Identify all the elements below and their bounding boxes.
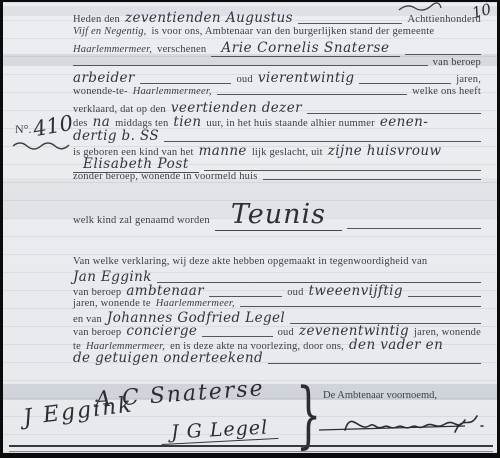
printed-text: verschenen	[157, 44, 206, 55]
handwritten-text: tweeenvijftig	[309, 283, 403, 299]
handwritten-text: Augustus	[226, 10, 293, 26]
document-line: Heden denzeventiendenAugustusAchttienhon…	[73, 10, 481, 26]
fill-rule	[209, 295, 282, 297]
printed-text: Haarlemmermeer,	[133, 86, 212, 97]
document-line: de getuigen onderteekend	[73, 350, 481, 366]
fill-rule	[408, 295, 481, 297]
document-line: arbeideroudvierentwintigjaren,	[73, 70, 481, 86]
fill-rule	[164, 140, 481, 142]
printed-text: van beroep	[433, 57, 481, 68]
printed-text: welke ons heeft	[412, 86, 481, 97]
fill-rule	[73, 64, 428, 66]
printed-text: oud	[287, 287, 303, 298]
printed-text: Van welke verklaring, wij deze akte hebb…	[73, 256, 427, 267]
fill-rule	[347, 227, 481, 229]
printed-text: Heden den	[73, 14, 120, 25]
handwritten-text: arbeider	[73, 70, 135, 86]
printed-text: jaren,	[456, 74, 481, 85]
flourish-icon	[11, 138, 73, 150]
document-line: welk kind zal genaamd wordenTeunis	[73, 199, 481, 231]
printed-text: jaren, wonende te	[73, 298, 151, 309]
squiggle-icon	[397, 2, 443, 12]
fill-rule	[359, 82, 451, 84]
handwritten-text: ambtenaar	[126, 283, 204, 299]
document-line: Vijf en Negentig,is voor ons, Ambtenaar …	[73, 26, 481, 37]
document-line: Van welke verklaring, wij deze akte hebb…	[73, 256, 481, 267]
handwritten-text: vierentwintig	[258, 70, 355, 86]
bottom-rule	[9, 445, 493, 452]
printed-text: Haarlemmermeer,	[73, 44, 152, 55]
act-number-value: 410	[32, 111, 76, 142]
printed-text: Vijf en Negentig,	[73, 26, 146, 37]
witness-signature-legel: J G Legel	[160, 416, 278, 445]
handwritten-text: Arie Cornelis Snaterse	[211, 40, 399, 57]
document-paper: Heden denzeventiendenAugustusAchttienhon…	[3, 2, 497, 453]
document-line: zonder beroep, wonende in voormeld huis	[73, 171, 481, 182]
fill-rule	[240, 305, 481, 307]
printed-text: zonder beroep, wonende in voormeld huis	[73, 171, 258, 182]
printed-text: wonende-te-	[73, 86, 128, 97]
witness-signature-eggink: J Eggink	[22, 392, 135, 430]
fill-rule	[217, 93, 407, 95]
handwritten-text: dertig b. SS	[73, 128, 159, 144]
handwritten-text: zeventienden	[125, 10, 221, 26]
handwritten-text: Teunis	[215, 199, 342, 231]
fill-rule	[405, 53, 481, 55]
scanned-birth-record: { "margin": { "number_label": "N°.", "nu…	[0, 0, 500, 458]
official-signature	[315, 400, 490, 442]
printed-text: is voor ons, Ambtenaar van den burgerlij…	[151, 26, 434, 37]
document-line: van beroep	[73, 57, 481, 68]
document-line: wonende-te-Haarlemmermeer,welke ons heef…	[73, 86, 481, 97]
handwritten-text: de getuigen onderteekend	[73, 350, 263, 366]
act-number: N°.410	[15, 114, 74, 138]
printed-text: oud	[236, 74, 252, 85]
printed-text: Haarlemmermeer,	[156, 298, 235, 309]
corner-annotation: 10	[470, 2, 493, 22]
document-line: jaren, wonende teHaarlemmermeer,	[73, 298, 481, 309]
fill-rule	[298, 22, 403, 24]
document-line: van beroepambtenaaroudtweeenvijftig	[73, 283, 481, 299]
act-number-label: N°.	[15, 122, 31, 136]
fill-rule	[140, 82, 232, 84]
document-line: Haarlemmermeer,verschenenArie Cornelis S…	[73, 40, 481, 57]
fill-rule	[263, 178, 481, 180]
printed-text: welk kind zal genaamd worden	[73, 215, 210, 226]
document-line: dertig b. SS	[73, 128, 481, 144]
printed-text: Achttienhonderd	[407, 14, 481, 25]
printed-text: van beroep	[73, 287, 121, 298]
fill-rule	[268, 362, 481, 364]
